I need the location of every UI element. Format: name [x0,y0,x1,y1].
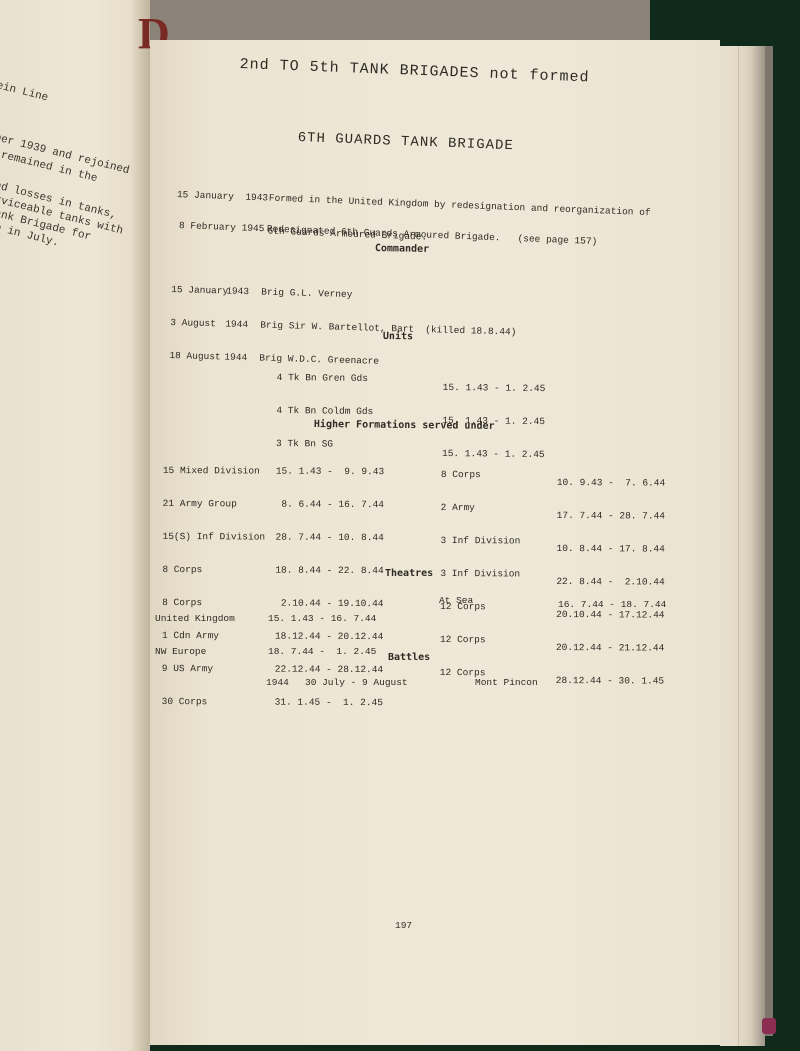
theatre-name: At Sea [439,595,473,606]
history-note: (see page 157) [517,233,597,247]
section-title-commander: Commander [375,243,429,255]
theatre-row: NW Europe18. 7.44 - 1. 2.45 [155,646,376,657]
formation-row: 8 Corps18. 8.44 - 22. 8.44 [162,564,383,576]
bookmark-ribbon [762,1018,776,1034]
left-page-text: ein Line [0,80,49,104]
commander-row: 3 August1944Brig Sir W. Bartellot, Bart(… [170,317,516,338]
page-number: 197 [395,920,412,931]
unit-period: 15. 1.43 - 1. 2.45 [443,382,546,394]
formation-period: 17. 7.44 - 28. 7.44 [557,510,665,522]
formation-row: 15(S) Inf Division28. 7.44 - 10. 8.44 [162,531,383,543]
theatres-left: United Kingdom15. 1.43 - 16. 7.44 NW Eur… [155,591,376,668]
formation-period: 10. 8.44 - 17. 8.44 [556,543,664,555]
section-title-battles: Battles [388,652,430,663]
formation-row: 21 Army Group 8. 6.44 - 16. 7.44 [163,498,384,510]
history-text: Redesignated 6th Guards Armoured Brigade… [267,223,501,243]
section-title-units: Units [383,331,413,342]
commander-row: 15 January1943Brig G.L. Verney [171,284,517,305]
section-title-theatres: Theatres [385,568,433,579]
history-date: 8 February 1945 [179,220,267,234]
formation-period: 20.12.44 - 21.12.44 [556,642,664,654]
battle-row: 194430 July - 9 AugustMont Pincon [266,677,538,688]
unit-name: 4 Tk Bn Gren Gds [277,372,374,384]
gutter-shadow [130,0,150,1051]
book-cover-edge [765,46,773,1036]
formation-row: 15 Mixed Division15. 1.43 - 9. 9.43 [163,465,384,477]
formation-row: 30 Corps31. 1.45 - 1. 2.45 [162,696,383,708]
formation-period: 28.12.44 - 30. 1.45 [556,675,664,687]
formation-period: 20.10.44 - 17.12.44 [556,609,664,621]
higher-formations-right-names: 8 Corps 2 Army 3 Inf Division 3 Inf Divi… [440,447,521,689]
background-cover [90,0,650,40]
unit-name: 4 Tk Bn Coldm Gds [276,405,373,417]
formation-name: 12 Corps [440,634,520,645]
theatre-row: United Kingdom15. 1.43 - 16. 7.44 [155,613,376,624]
formation-period: 22. 8.44 - 2.10.44 [556,576,664,588]
formation-name: 3 Inf Division [440,568,520,579]
formation-name: 3 Inf Division [440,535,520,546]
higher-formations-right-periods: 10. 9.43 - 7. 6.44 17. 7.44 - 28. 7.44 1… [556,455,666,698]
left-page: ein Line ber 1939 and rejoined remained … [0,0,150,1051]
formation-name: 2 Army [441,502,521,513]
theatre-period: 16. 7.44 - 18. 7.44 [558,599,666,610]
formation-period: 10. 9.43 - 7. 6.44 [557,477,665,489]
formation-name: 8 Corps [441,469,521,480]
section-title-higher-formations: Higher Formations served under [314,419,495,432]
page-edges [720,46,765,1046]
